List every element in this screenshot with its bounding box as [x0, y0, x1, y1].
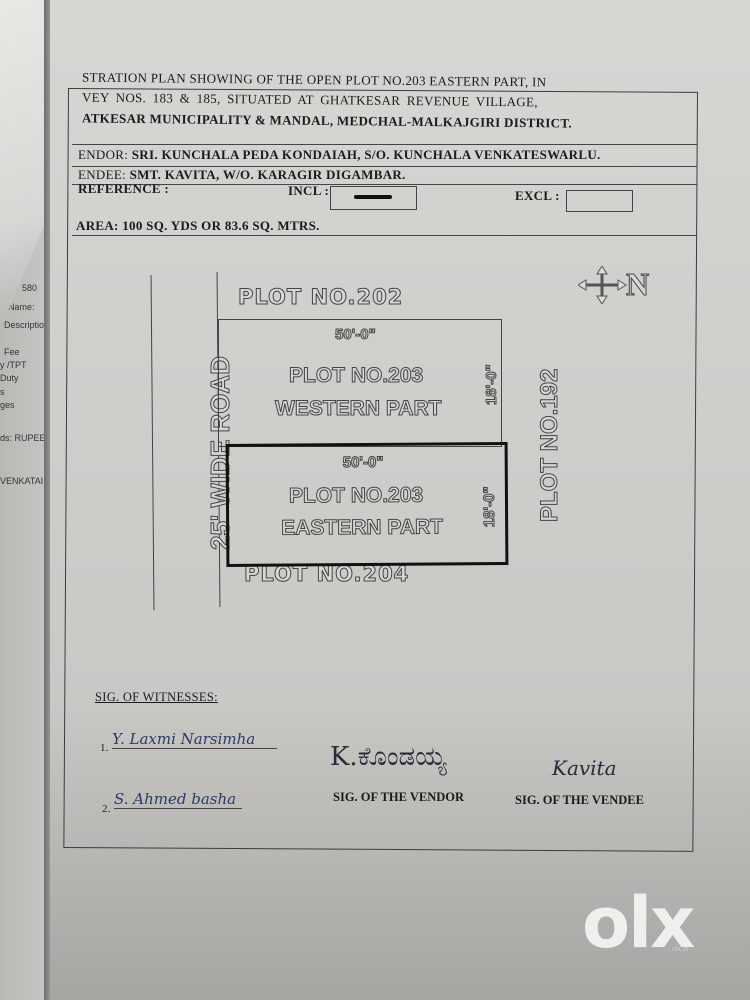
excl-label: EXCL : [515, 188, 560, 204]
vendor-signature-label: SIG. OF THE VENDOR [333, 790, 464, 805]
vendor-name: SRI. KUNCHALA PEDA KONDAIAH, S/O. KUNCHA… [132, 147, 601, 162]
eastern-width-dimension: 50'-0" [343, 454, 384, 471]
vendee-name: SMT. KAVITA, W/O. KARAGIR DIGAMBAR. [130, 167, 406, 182]
vendor-label: ENDOR: [78, 147, 128, 162]
vendee-signature: Kavita [552, 756, 617, 780]
western-plot-number: PLOT NO.203 [289, 364, 423, 388]
north-indicator: N [578, 266, 662, 304]
underlying-text: s [0, 387, 5, 397]
east-plot-label: PLOT NO.192 [536, 369, 564, 522]
eastern-part-plot: 50'-0" PLOT NO.203 EASTERN PART 18'-0" [226, 442, 509, 567]
western-width-dimension: 50'-0" [335, 326, 376, 343]
divider [72, 235, 697, 236]
witness-2-number: 2. [102, 803, 111, 815]
excl-box [566, 190, 633, 212]
north-plot-label: PLOT NO.202 [238, 285, 403, 309]
western-part-plot: 50'-0" PLOT NO.203 WESTERN PART 18'-0" [218, 319, 502, 447]
underlying-text: Name: [8, 302, 35, 312]
western-part-label: WESTERN PART [275, 397, 441, 421]
witness-1-number: 1. [100, 742, 109, 754]
incl-label: INCL : [288, 183, 329, 199]
underlying-text: VENKATAI [0, 476, 43, 486]
reference-label: REFERENCE : [78, 181, 169, 197]
witness-2-signature: S. Ahmed basha [114, 790, 242, 809]
witnesses-label: SIG. OF WITNESSES: [95, 690, 218, 705]
divider [72, 144, 697, 145]
vendor-row: ENDOR: SRI. KUNCHALA PEDA KONDAIAH, S/O.… [78, 147, 601, 163]
olx-watermark-tag: olx.in [672, 946, 688, 953]
vendee-label: ENDEE: [78, 167, 126, 182]
underlying-text: ges [0, 400, 15, 410]
compass-arrows-icon [578, 266, 628, 304]
eastern-depth-dimension: 18'-0" [481, 486, 498, 527]
underlying-text: Fee [4, 347, 20, 357]
area-text: AREA: 100 SQ. YDS OR 83.6 SQ. MTRS. [76, 218, 320, 234]
underlying-text: y /TPT [0, 360, 27, 370]
north-label: N [626, 266, 649, 303]
underlying-text: 580 [22, 283, 37, 293]
vendor-signature: K.ಕೊಂಡಯ್ಯ [330, 742, 447, 773]
witness-1-signature: Y. Laxmi Narsimha [112, 730, 277, 749]
incl-dash-mark [354, 195, 392, 199]
western-depth-dimension: 18'-0" [483, 364, 500, 405]
eastern-part-label: EASTERN PART [281, 515, 443, 540]
vendee-signature-label: SIG. OF THE VENDEE [515, 793, 644, 808]
eastern-plot-number: PLOT NO.203 [289, 484, 423, 509]
underlying-text: Duty [0, 373, 19, 383]
underlying-text: ds: RUPEE [0, 433, 46, 443]
underlying-text: Description [4, 320, 49, 330]
